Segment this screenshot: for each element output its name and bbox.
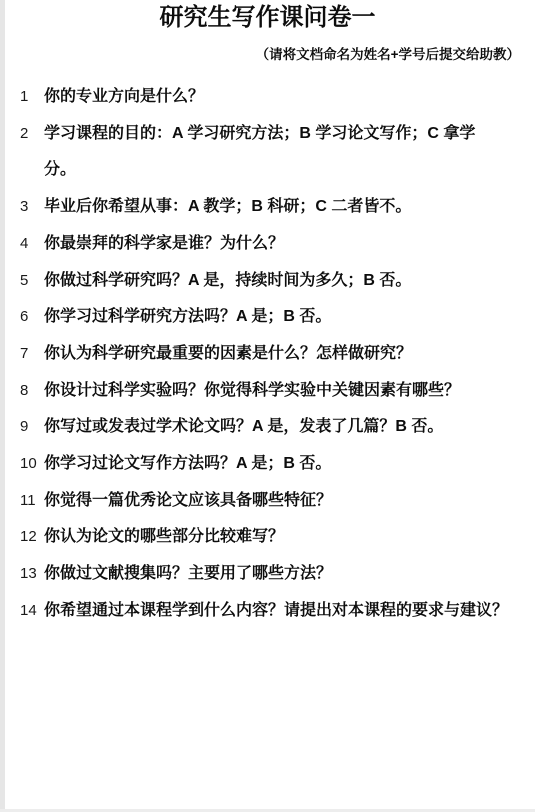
question-list: 1 你的专业方向是什么？ 2 学习课程的目的：A 学习研究方法；B 学习论文写作…	[20, 79, 521, 630]
page-left-edge	[0, 0, 5, 812]
question-number: 1	[20, 79, 44, 116]
question-text: 你希望通过本课程学到什么内容？请提出对本课程的要求与建议？	[44, 593, 521, 630]
document-title: 研究生写作课问卷一	[0, 2, 535, 34]
question-item: 13 你做过文献搜集吗？主要用了哪些方法？	[20, 556, 521, 593]
question-number: 7	[20, 336, 44, 373]
question-number: 2	[20, 116, 44, 153]
question-line: 你学习过论文写作方法吗？A 是；B 否。	[44, 446, 521, 483]
question-number: 5	[20, 263, 44, 300]
question-text: 毕业后你希望从事：A 教学；B 科研；C 二者皆不。	[44, 189, 521, 226]
question-line: 学习课程的目的：A 学习研究方法；B 学习论文写作；C 拿学	[44, 116, 521, 153]
question-text: 你的专业方向是什么？	[44, 79, 521, 116]
question-item: 3 毕业后你希望从事：A 教学；B 科研；C 二者皆不。	[20, 189, 521, 226]
document-page: 研究生写作课问卷一 （请将文档命名为姓名+学号后提交给助教） 1 你的专业方向是…	[0, 0, 535, 812]
question-text: 你写过或发表过学术论文吗？A 是，发表了几篇？B 否。	[44, 409, 521, 446]
question-text: 你学习过论文写作方法吗？A 是；B 否。	[44, 446, 521, 483]
question-item: 10 你学习过论文写作方法吗？A 是；B 否。	[20, 446, 521, 483]
question-line: 你写过或发表过学术论文吗？A 是，发表了几篇？B 否。	[44, 409, 521, 446]
question-text: 你做过科学研究吗？A 是，持续时间为多久；B 否。	[44, 263, 521, 300]
question-line: 你希望通过本课程学到什么内容？请提出对本课程的要求与建议？	[44, 593, 521, 630]
question-text: 你做过文献搜集吗？主要用了哪些方法？	[44, 556, 521, 593]
question-item: 5 你做过科学研究吗？A 是，持续时间为多久；B 否。	[20, 263, 521, 300]
question-line: 你觉得一篇优秀论文应该具备哪些特征？	[44, 483, 521, 520]
document-subtitle: （请将文档命名为姓名+学号后提交给助教）	[256, 46, 520, 63]
question-text: 你学习过科学研究方法吗？A 是；B 否。	[44, 299, 521, 336]
question-line: 你最崇拜的科学家是谁？为什么？	[44, 226, 521, 263]
question-number: 8	[20, 373, 44, 410]
question-line: 你的专业方向是什么？	[44, 79, 521, 116]
question-text: 你最崇拜的科学家是谁？为什么？	[44, 226, 521, 263]
question-number: 9	[20, 409, 44, 446]
question-number: 14	[20, 593, 44, 630]
question-item: 4 你最崇拜的科学家是谁？为什么？	[20, 226, 521, 263]
question-text: 你设计过科学实验吗？你觉得科学实验中关键因素有哪些？	[44, 373, 521, 410]
question-item: 2 学习课程的目的：A 学习研究方法；B 学习论文写作；C 拿学分。	[20, 116, 521, 189]
question-number: 10	[20, 446, 44, 483]
question-line: 你做过文献搜集吗？主要用了哪些方法？	[44, 556, 521, 593]
question-number: 6	[20, 299, 44, 336]
question-text: 你认为论文的哪些部分比较难写？	[44, 519, 521, 556]
question-line: 你认为论文的哪些部分比较难写？	[44, 519, 521, 556]
question-number: 11	[20, 483, 44, 520]
question-number: 13	[20, 556, 44, 593]
question-line: 你做过科学研究吗？A 是，持续时间为多久；B 否。	[44, 263, 521, 300]
question-item: 1 你的专业方向是什么？	[20, 79, 521, 116]
question-number: 3	[20, 189, 44, 226]
question-item: 9 你写过或发表过学术论文吗？A 是，发表了几篇？B 否。	[20, 409, 521, 446]
question-text: 你觉得一篇优秀论文应该具备哪些特征？	[44, 483, 521, 520]
question-line: 毕业后你希望从事：A 教学；B 科研；C 二者皆不。	[44, 189, 521, 226]
question-item: 12 你认为论文的哪些部分比较难写？	[20, 519, 521, 556]
question-line: 分。	[44, 152, 521, 189]
question-item: 7 你认为科学研究最重要的因素是什么？怎样做研究？	[20, 336, 521, 373]
question-line: 你学习过科学研究方法吗？A 是；B 否。	[44, 299, 521, 336]
question-number: 4	[20, 226, 44, 263]
question-item: 8 你设计过科学实验吗？你觉得科学实验中关键因素有哪些？	[20, 373, 521, 410]
question-item: 11 你觉得一篇优秀论文应该具备哪些特征？	[20, 483, 521, 520]
question-text: 你认为科学研究最重要的因素是什么？怎样做研究？	[44, 336, 521, 373]
question-item: 6 你学习过科学研究方法吗？A 是；B 否。	[20, 299, 521, 336]
question-line: 你认为科学研究最重要的因素是什么？怎样做研究？	[44, 336, 521, 373]
question-number: 12	[20, 519, 44, 556]
question-line: 你设计过科学实验吗？你觉得科学实验中关键因素有哪些？	[44, 373, 521, 410]
question-text: 学习课程的目的：A 学习研究方法；B 学习论文写作；C 拿学分。	[44, 116, 521, 189]
question-item: 14 你希望通过本课程学到什么内容？请提出对本课程的要求与建议？	[20, 593, 521, 630]
